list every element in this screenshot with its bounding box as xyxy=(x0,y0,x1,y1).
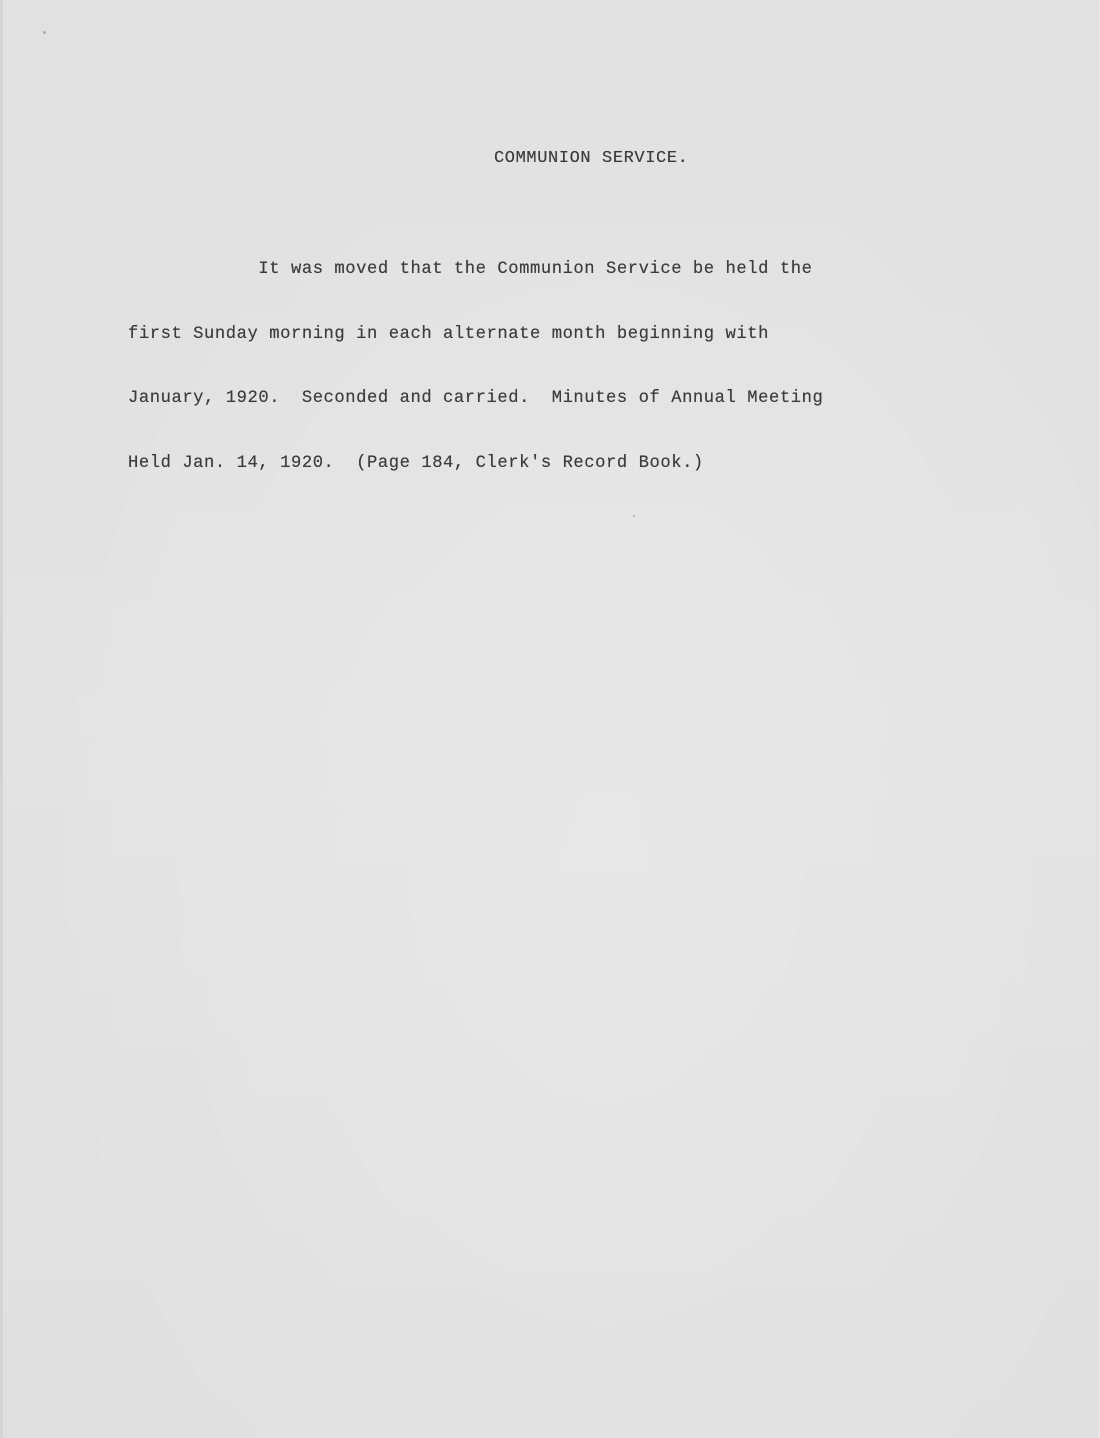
document-title: COMMUNION SERVICE. xyxy=(494,149,688,168)
paragraph-line: January, 1920. Seconded and carried. Min… xyxy=(128,388,823,410)
paper-speck xyxy=(633,515,635,517)
typed-document-page: COMMUNION SERVICE. It was moved that the… xyxy=(0,0,1100,1438)
paragraph-line: Held Jan. 14, 1920. (Page 184, Clerk's R… xyxy=(128,453,823,475)
paper-speck xyxy=(43,31,46,34)
document-paragraph: It was moved that the Communion Service … xyxy=(128,216,823,517)
paragraph-line: first Sunday morning in each alternate m… xyxy=(128,324,823,346)
paragraph-line: It was moved that the Communion Service … xyxy=(128,259,823,281)
